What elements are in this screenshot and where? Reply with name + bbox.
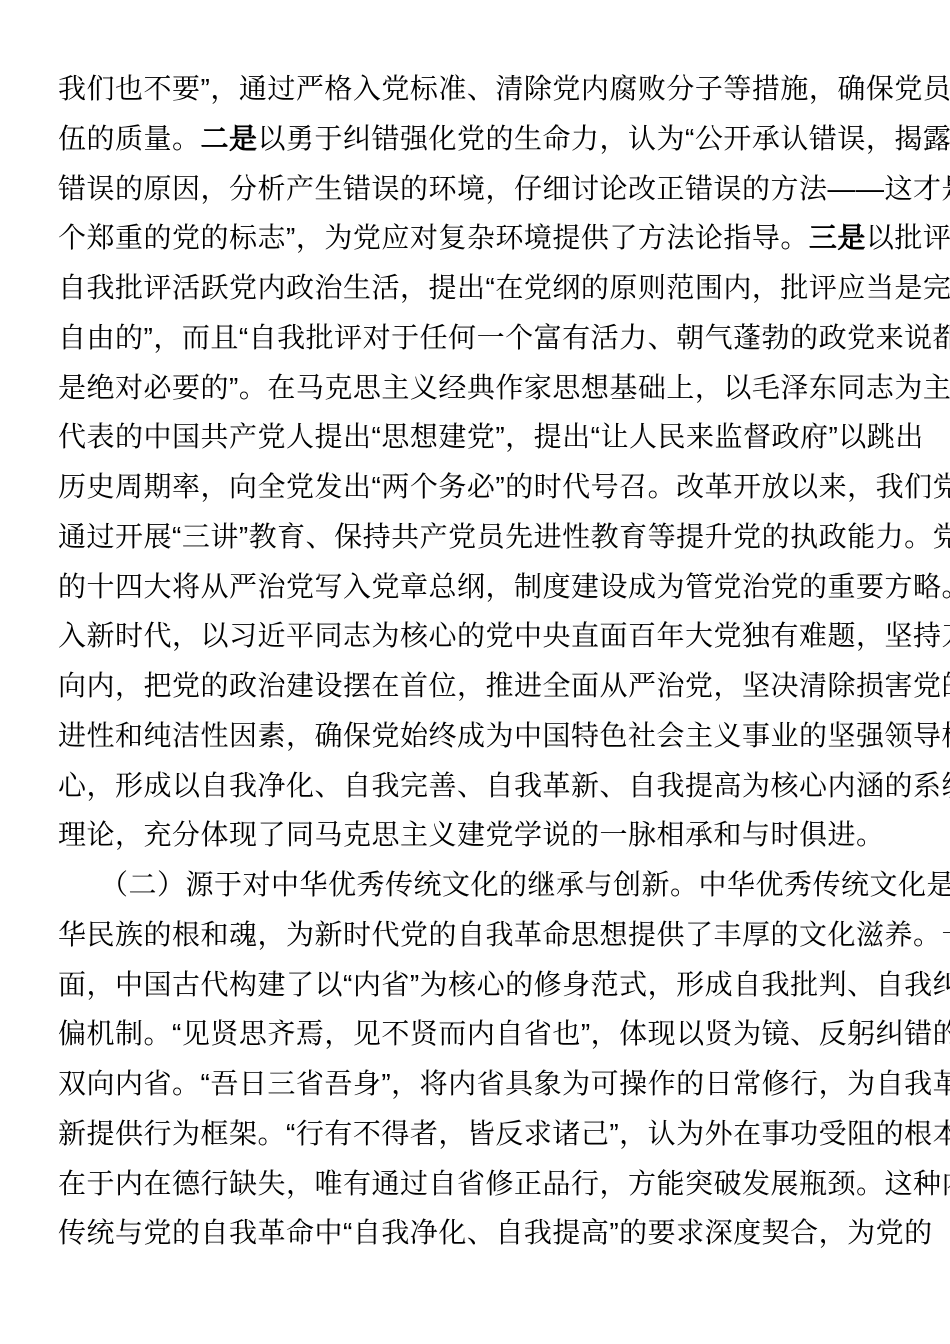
text-line: 历史周期率，向全党发出“两个务必”的时代号召。改革开放以来，我们党 <box>58 462 894 512</box>
text-line: 错误的原因，分析产生错误的环境，仔细讨论改正错误的方法——这才是一 <box>58 164 894 214</box>
text-segment: 历史周期率，向全党发出“两个务必”的时代号召。改革开放以来，我们党 <box>58 471 950 502</box>
text-segment: 在于内在德行缺失，唯有通过自省修正品行，方能突破发展瓶颈。这种内省 <box>58 1168 950 1199</box>
text-line: 进性和纯洁性因素，确保党始终成为中国特色社会主义事业的坚强领导核 <box>58 711 894 761</box>
text-line: 伍的质量。二是以勇于纠错强化党的生命力，认为“公开承认错误，揭露犯 <box>58 114 894 164</box>
text-line: （二）源于对中华优秀传统文化的继承与创新。中华优秀传统文化是中 <box>58 860 894 910</box>
text-line: 双向内省。“吾日三省吾身”，将内省具象为可操作的日常修行，为自我革 <box>58 1059 894 1109</box>
text-segment: 自我批评活跃党内政治生活，提出“在党纲的原则范围内，批评应当是完全 <box>58 272 950 303</box>
text-segment: 我们也不要”，通过严格入党标准、清除党内腐败分子等措施，确保党员队 <box>58 73 950 104</box>
text-line: 自由的”，而且“自我批评对于任何一个富有活力、朝气蓬勃的政党来说都 <box>58 313 894 363</box>
bold-text-segment: 二是 <box>201 123 258 154</box>
text-segment: 以勇于纠错强化党的生命力，认为“公开承认错误，揭露犯 <box>258 123 950 154</box>
text-segment: 自由的”，而且“自我批评对于任何一个富有活力、朝气蓬勃的政党来说都 <box>58 322 950 353</box>
document-page: 我们也不要”，通过严格入党标准、清除党内腐败分子等措施，确保党员队伍的质量。二是… <box>0 0 950 1344</box>
text-line: 通过开展“三讲”教育、保持共产党员先进性教育等提升党的执政能力。党 <box>58 512 894 562</box>
text-line: 新提供行为框架。“行有不得者，皆反求诸己”，认为外在事功受阻的根本 <box>58 1109 894 1159</box>
text-segment: 华民族的根和魂，为新时代党的自我革命思想提供了丰厚的文化滋养。一方 <box>58 919 950 950</box>
document-body: 我们也不要”，通过严格入党标准、清除党内腐败分子等措施，确保党员队伍的质量。二是… <box>58 64 894 1258</box>
text-line: 的十四大将从严治党写入党章总纲，制度建设成为管党治党的重要方略。进 <box>58 562 894 612</box>
text-line: 心，形成以自我净化、自我完善、自我革新、自我提高为核心内涵的系统性 <box>58 761 894 811</box>
text-line: 传统与党的自我革命中“自我净化、自我提高”的要求深度契合，为党的 <box>58 1208 894 1258</box>
text-segment: 入新时代，以习近平同志为核心的党中央直面百年大党独有难题，坚持刀刃 <box>58 620 950 651</box>
text-line: 面，中国古代构建了以“内省”为核心的修身范式，形成自我批判、自我纠 <box>58 960 894 1010</box>
text-line: 自我批评活跃党内政治生活，提出“在党纲的原则范围内，批评应当是完全 <box>58 263 894 313</box>
text-line: 代表的中国共产党人提出“思想建党”，提出“让人民来监督政府”以跳出 <box>58 412 894 462</box>
text-segment: 偏机制。“见贤思齐焉，见不贤而内自省也”，体现以贤为镜、反躬纠错的 <box>58 1018 950 1049</box>
text-segment: （二）源于对中华优秀传统文化的继承与创新。中华优秀传统文化是中 <box>100 869 950 900</box>
text-segment: 是绝对必要的”。在马克思主义经典作家思想基础上，以毛泽东同志为主要 <box>58 372 950 403</box>
text-segment: 进性和纯洁性因素，确保党始终成为中国特色社会主义事业的坚强领导核 <box>58 720 950 751</box>
text-segment: 面，中国古代构建了以“内省”为核心的修身范式，形成自我批判、自我纠 <box>58 969 950 1000</box>
text-line: 华民族的根和魂，为新时代党的自我革命思想提供了丰厚的文化滋养。一方 <box>58 910 894 960</box>
text-line: 我们也不要”，通过严格入党标准、清除党内腐败分子等措施，确保党员队 <box>58 64 894 114</box>
text-line: 在于内在德行缺失，唯有通过自省修正品行，方能突破发展瓶颈。这种内省 <box>58 1159 894 1209</box>
text-line: 个郑重的党的标志”，为党应对复杂环境提供了方法论指导。三是以批评和 <box>58 213 894 263</box>
text-segment: 个郑重的党的标志”，为党应对复杂环境提供了方法论指导。 <box>58 222 809 253</box>
text-segment: 双向内省。“吾日三省吾身”，将内省具象为可操作的日常修行，为自我革 <box>58 1068 950 1099</box>
text-segment: 心，形成以自我净化、自我完善、自我革新、自我提高为核心内涵的系统性 <box>58 770 950 801</box>
text-segment: 伍的质量。 <box>58 123 201 154</box>
text-line: 理论，充分体现了同马克思主义建党学说的一脉相承和与时俱进。 <box>58 810 894 860</box>
text-segment: 的十四大将从严治党写入党章总纲，制度建设成为管党治党的重要方略。进 <box>58 571 950 602</box>
text-segment: 以批评和 <box>866 222 950 253</box>
text-segment: 传统与党的自我革命中“自我净化、自我提高”的要求深度契合，为党的 <box>58 1217 933 1248</box>
text-segment: 代表的中国共产党人提出“思想建党”，提出“让人民来监督政府”以跳出 <box>58 421 924 452</box>
text-segment: 错误的原因，分析产生错误的环境，仔细讨论改正错误的方法——这才是一 <box>58 173 950 204</box>
text-segment: 新提供行为框架。“行有不得者，皆反求诸己”，认为外在事功受阻的根本 <box>58 1118 950 1149</box>
text-segment: 向内，把党的政治建设摆在首位，推进全面从严治党，坚决清除损害党的先 <box>58 670 950 701</box>
text-line: 入新时代，以习近平同志为核心的党中央直面百年大党独有难题，坚持刀刃 <box>58 611 894 661</box>
bold-text-segment: 三是 <box>809 222 866 253</box>
text-line: 向内，把党的政治建设摆在首位，推进全面从严治党，坚决清除损害党的先 <box>58 661 894 711</box>
text-line: 偏机制。“见贤思齐焉，见不贤而内自省也”，体现以贤为镜、反躬纠错的 <box>58 1009 894 1059</box>
text-segment: 理论，充分体现了同马克思主义建党学说的一脉相承和与时俱进。 <box>58 819 885 850</box>
text-line: 是绝对必要的”。在马克思主义经典作家思想基础上，以毛泽东同志为主要 <box>58 363 894 413</box>
text-segment: 通过开展“三讲”教育、保持共产党员先进性教育等提升党的执政能力。党 <box>58 521 950 552</box>
